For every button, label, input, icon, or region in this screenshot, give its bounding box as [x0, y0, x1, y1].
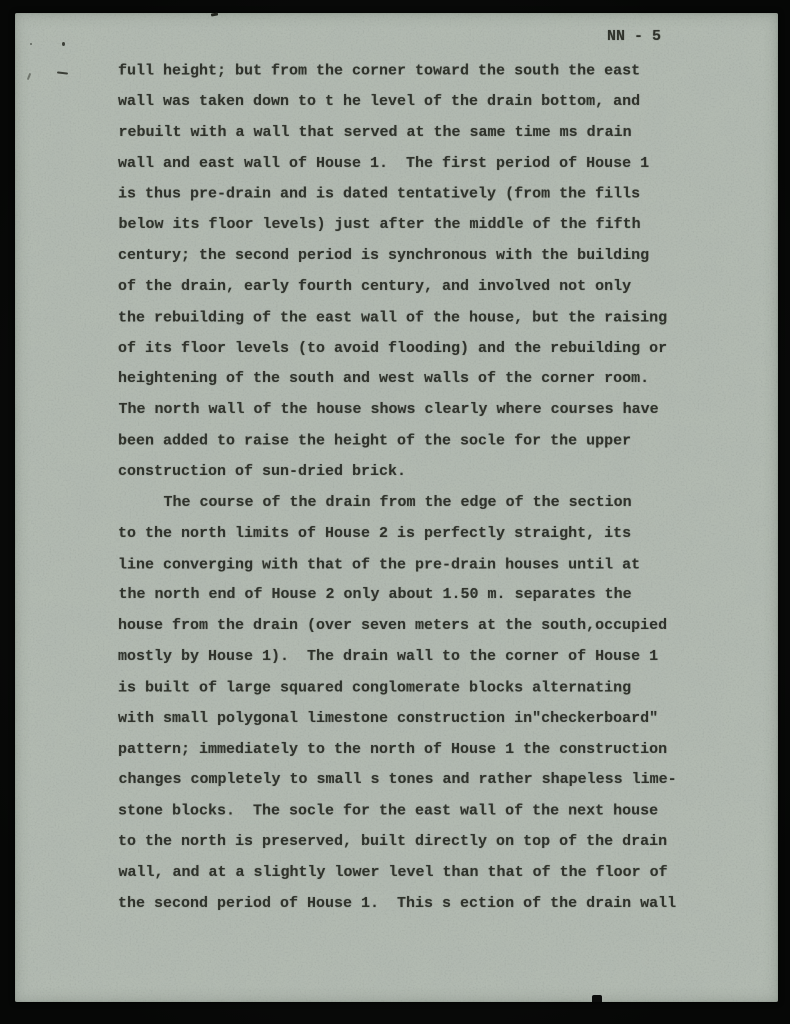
text-line: to the north is preserved, built directl…: [118, 827, 693, 858]
text-line: The north wall of the house shows clearl…: [119, 395, 694, 426]
text-line: wall, and at a slightly lower level than…: [119, 858, 694, 889]
text-line: line converging with that of the pre-dra…: [118, 550, 693, 581]
text-line: of the drain, early fourth century, and …: [118, 272, 693, 303]
text-line: the north end of House 2 only about 1.50…: [119, 580, 694, 611]
body-text: full height; but from the corner toward …: [118, 56, 693, 920]
ink-speck: [57, 71, 68, 74]
text-line: to the north limits of House 2 is perfec…: [118, 519, 693, 550]
ink-speck: [27, 73, 31, 80]
text-line: mostly by House 1). The drain wall to th…: [118, 642, 693, 673]
ink-speck: [30, 43, 32, 45]
text-line: construction of sun-dried brick.: [118, 457, 693, 488]
text-line: wall and east wall of House 1. The first…: [118, 149, 693, 180]
text-line: is built of large squared conglomerate b…: [118, 673, 693, 704]
text-line: with small polygonal limestone construct…: [118, 704, 693, 735]
ink-speck: [62, 42, 65, 46]
text-line: wall was taken down to t he level of the…: [118, 87, 693, 118]
text-line: the rebuilding of the east wall of the h…: [118, 303, 693, 334]
text-line: rebuilt with a wall that served at the s…: [119, 118, 694, 149]
text-line: stone blocks. The socle for the east wal…: [118, 797, 693, 828]
paper-edge-notch: [592, 995, 602, 1002]
text-line: heightening of the south and west walls …: [118, 364, 693, 395]
text-line: full height; but from the corner toward …: [118, 56, 693, 87]
document-page: NN - 5 full height; but from the corner …: [15, 13, 778, 1002]
text-line: pattern; immediately to the north of Hou…: [118, 735, 693, 766]
text-line: house from the drain (over seven meters …: [118, 611, 693, 642]
text-line: the second period of House 1. This s ect…: [118, 889, 693, 920]
text-line: below its floor levels) just after the m…: [119, 210, 694, 241]
text-line: century; the second period is synchronou…: [118, 241, 693, 272]
text-line: been added to raise the height of the so…: [118, 427, 693, 458]
ink-speck: [211, 12, 218, 16]
text-line: is thus pre-drain and is dated tentative…: [118, 180, 693, 211]
page-number: NN - 5: [607, 28, 661, 45]
text-line: The course of the drain from the edge of…: [119, 488, 694, 519]
text-line: changes completely to small s tones and …: [119, 765, 694, 796]
text-line: of its floor levels (to avoid flooding) …: [118, 334, 693, 365]
